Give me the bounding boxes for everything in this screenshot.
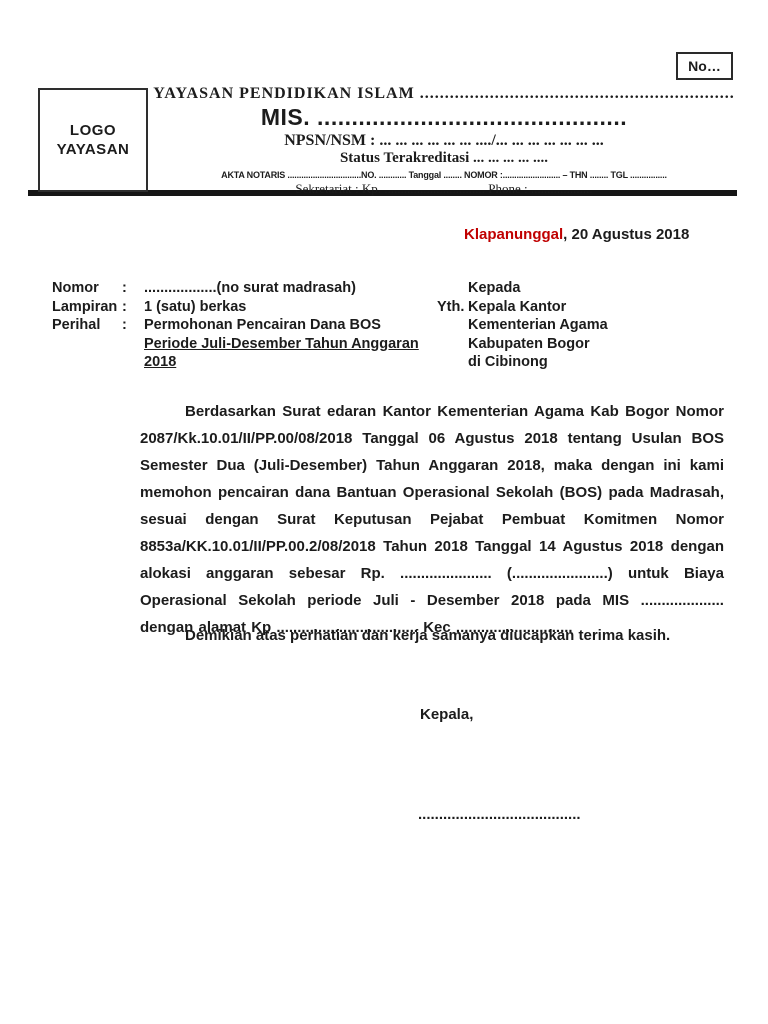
recipient-kepada: Kepada [437,279,608,298]
letterhead-akta-line: AKTA NOTARIS ...........................… [150,170,738,180]
ref-row-perihal: Perihal : Permohonan Pencairan Dana BOS [52,316,419,335]
letterhead-sekretariat-line: Sekretariat : Kp. ......................… [150,181,738,197]
date-rest: , 20 Agustus 2018 [563,226,689,243]
ref-label-lampiran: Lampiran [52,298,122,317]
ref-colon: : [122,298,144,317]
perihal-underline-line1: Periode Juli-Desember Tahun Anggaran [144,335,419,354]
letter-page: No… LOGO YAYASAN YAYASAN PENDIDIKAN ISLA… [0,0,768,1024]
date-line: Klapanunggal, 20 Agustus 2018 [464,226,689,243]
recipient-block: Kepada Yth. Kepala Kantor Kementerian Ag… [437,279,608,372]
ref-colon: : [122,279,144,298]
ref-row-lampiran: Lampiran : 1 (satu) berkas [52,298,419,317]
ref-label-nomor: Nomor [52,279,122,298]
logo-placeholder-text: LOGO YAYASAN [57,121,130,159]
no-number-label: No… [688,58,721,74]
ref-label-perihal: Perihal [52,316,122,335]
date-place: Klapanunggal [464,226,563,243]
body-paragraph-1: Berdasarkan Surat edaran Kantor Kementer… [140,398,724,641]
signature-dotted-line: ....................................... [418,806,581,823]
ref-row-nomor: Nomor : ..................(no surat madr… [52,279,419,298]
ref-value-perihal: Permohonan Pencairan Dana BOS [144,316,381,335]
recipient-line3: Kabupaten Bogor [437,335,608,354]
body-p1-mis-bold: MIS [602,592,629,609]
ref-value-lampiran: 1 (satu) berkas [144,298,246,317]
recipient-line2: Kementerian Agama [437,316,608,335]
logo-text-line2: YAYASAN [57,140,130,159]
letterhead-npsn-line: NPSN/NSM : ... ... ... ... ... ... ..../… [150,132,738,150]
body-p1-text-a: Berdasarkan Surat edaran Kantor Kementer… [140,403,724,609]
recipient-yth: Yth. [437,298,468,317]
logo-text-line1: LOGO [57,121,130,140]
recipient-line4: di Cibinong [437,353,608,372]
no-number-box: No… [676,52,733,80]
yayasan-logo-placeholder: LOGO YAYASAN [38,88,148,192]
closing-title: Kepala, [420,706,473,723]
letterhead-status-line: Status Terakreditasi ... ... ... ... ...… [150,150,738,167]
reference-block: Nomor : ..................(no surat madr… [52,279,419,372]
letterhead: YAYASAN PENDIDIKAN ISLAM ...............… [150,85,738,197]
recipient-line1: Kepala Kantor [468,298,566,317]
ref-value-nomor: ..................(no surat madrasah) [144,279,356,298]
letterhead-yayasan-line: YAYASAN PENDIDIKAN ISLAM ...............… [150,85,738,103]
perihal-underline-line2: 2018 [144,353,419,372]
recipient-yth-row: Yth. Kepala Kantor [437,298,608,317]
ref-colon: : [122,316,144,335]
letterhead-mis-line: MIS. ...................................… [150,104,738,131]
body-paragraph-2: Demikian atas perhatian dan kerja samany… [185,627,670,644]
